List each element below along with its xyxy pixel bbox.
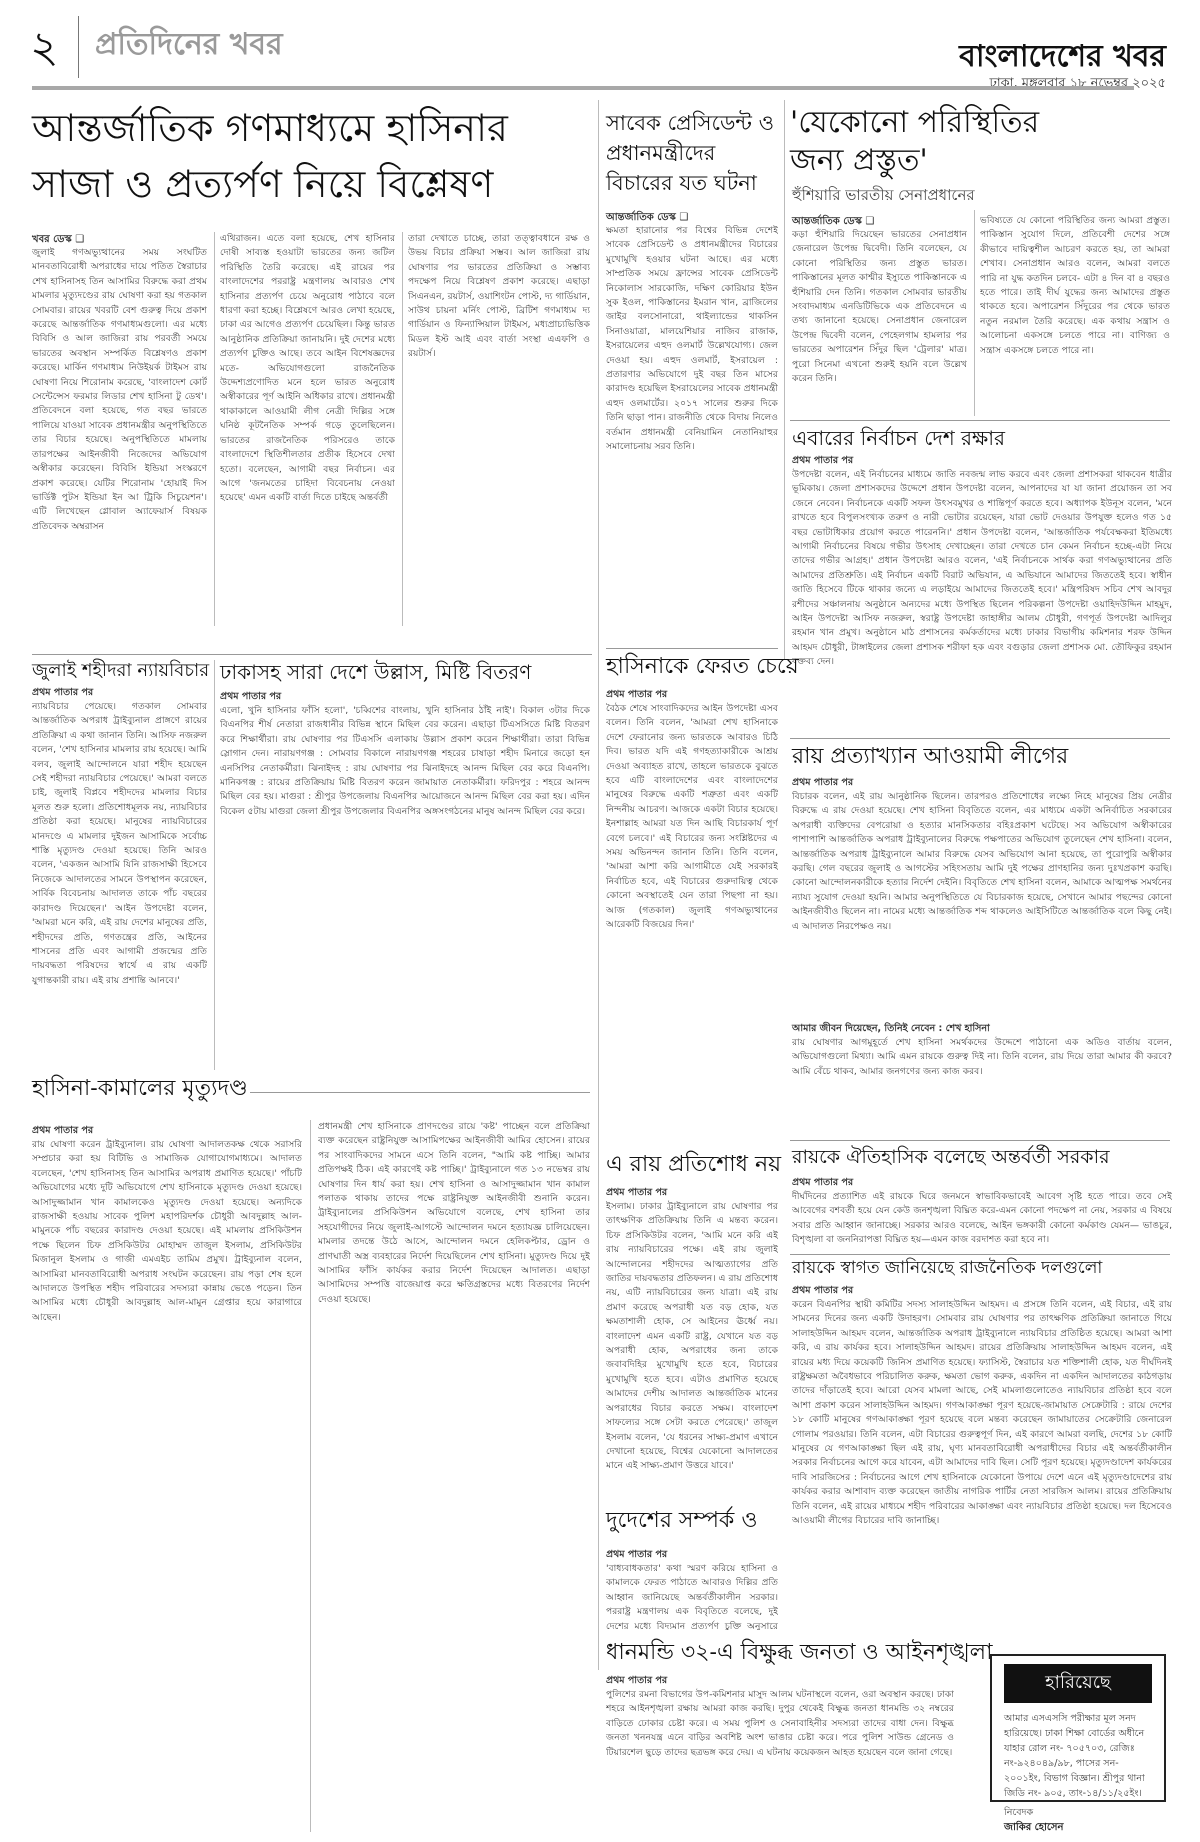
lead-headline-line1: আন্তর্জাতিক গণমাধ্যমে হাসিনার bbox=[32, 100, 592, 156]
lost-notice: হারিয়েছে আমার এসএসসি পরীক্ষার মূল সনদ হ… bbox=[990, 1654, 1166, 1802]
historic-headline: রায়কে ঐতিহাসিক বলেছে অন্তর্বর্তী সরকার bbox=[792, 1146, 1110, 1169]
section-rule bbox=[790, 1140, 1170, 1141]
india-army-subhead: হুঁশিয়ারি ভারতীয় সেনাপ্রধানের bbox=[792, 184, 975, 209]
column-divider bbox=[598, 100, 599, 1670]
ex-presidents-headline: সাবেক প্রেসিডেন্ট ও প্রধানমন্ত্রীদের বিচ… bbox=[606, 108, 776, 198]
lost-notice-title: হারিয়েছে bbox=[1004, 1664, 1152, 1703]
section-title: প্রতিদিনের খবর bbox=[95, 20, 283, 71]
awami-rejects-body: বিচারক বলেন, এই রায় আনুষ্ঠানিক ছিলেন। ত… bbox=[792, 790, 1172, 1020]
lost-notice-signer-label: নিবেদক bbox=[1004, 1805, 1152, 1820]
hasina-back-byline: প্রথম পাতার পর bbox=[606, 688, 667, 703]
india-army-headline-line1: 'যেকোনো পরিস্থিতির bbox=[790, 104, 1190, 142]
india-army-headline-line2: জন্য প্রস্তুত' bbox=[790, 142, 1190, 180]
election-headline: এবারের নির্বাচন দেশ রক্ষার bbox=[792, 426, 1005, 450]
issue-date: ঢাকা, মঙ্গলবার ১৮ নভেম্বর ২০২৫ bbox=[990, 74, 1166, 95]
lead-col1: জুলাই গণঅভ্যুত্থানের সময় সংঘটিত মানবতাব… bbox=[32, 246, 207, 626]
welcome-headline: রায়কে স্বাগত জানিয়েছে রাজনৈতিক দলগুলো bbox=[792, 1258, 1102, 1278]
section-rule bbox=[606, 648, 778, 649]
column-divider bbox=[214, 660, 215, 1070]
death-sentence-col2: প্রধানমন্ত্রী শেখ হাসিনাকে প্রাণদণ্ডের র… bbox=[318, 1120, 590, 1832]
not-revenge-body: ইসলাম। ঢাকার ট্রাইব্যুনালে রায় ঘোষণার প… bbox=[606, 1200, 778, 1500]
lead-headline: আন্তর্জাতিক গণমাধ্যমে হাসিনার সাজা ও প্র… bbox=[32, 100, 592, 212]
column-divider bbox=[310, 1120, 311, 1832]
awami-rejects-body2: রায় ঘোষণার আগমুহূর্তে শেখ হাসিনা সমর্থক… bbox=[792, 1036, 1172, 1136]
historic-body: দীর্ঘদিনের প্রত্যাশিত এই রায়কে ঘিরে জনম… bbox=[792, 1190, 1172, 1248]
celebration-headline: ঢাকাসহ সারা দেশে উল্লাস, মিষ্টি বিতরণ bbox=[220, 660, 531, 684]
india-army-col1: কড়া হুঁশিয়ারি দিয়েছেন ভারতের সেনাপ্রধ… bbox=[792, 228, 967, 416]
awami-rejects-subhead: আমার জীবন দিয়েছেন, তিনিই নেবেন : শেখ হা… bbox=[792, 1022, 990, 1037]
lead-col2: এথিরাজন। এতে বলা হয়েছে, শেখ হাসিনার দোষ… bbox=[220, 232, 395, 626]
column-divider bbox=[214, 232, 215, 626]
death-sentence-headline: হাসিনা-কামালের মৃত্যুদণ্ড bbox=[32, 1076, 248, 1102]
election-byline: প্রথম পাতার পর bbox=[792, 454, 853, 469]
lead-headline-line2: সাজা ও প্রত্যর্পণ নিয়ে বিশ্লেষণ bbox=[32, 156, 592, 212]
page-number: ২ bbox=[30, 14, 59, 87]
two-nations-byline: প্রথম পাতার পর bbox=[606, 1548, 667, 1563]
ex-presidents-body: ক্ষমতা হারানোর পর বিশ্বের বিভিন্ন দেশেই … bbox=[606, 224, 778, 634]
welcome-body: করেন বিএনপির স্থায়ী কমিটির সদস্য সালাহউ… bbox=[792, 1298, 1172, 1632]
dhanmondi-byline: প্রথম পাতার পর bbox=[606, 1674, 667, 1689]
july-martyrs-byline: প্রথম পাতার পর bbox=[32, 686, 93, 701]
election-body: উপদেষ্টা বলেন, এই নির্বাচনের মাধ্যমে জাত… bbox=[792, 468, 1172, 728]
hasina-back-body: বৈঠক শেষে সাংবাদিকদের আইন উপদেষ্টা এসব ব… bbox=[606, 702, 778, 1142]
lost-notice-signer: জাকির হোসেন bbox=[1004, 1820, 1152, 1837]
lost-notice-body: আমার এসএসসি পরীক্ষার মূল সনদ হারিয়েছে। … bbox=[1004, 1711, 1152, 1801]
celebration-byline: প্রথম পাতার পর bbox=[220, 690, 281, 705]
india-army-headline: 'যেকোনো পরিস্থিতির জন্য প্রস্তুত' bbox=[790, 104, 1190, 180]
death-sentence-col1: রায় ঘোষণা করেন ট্রাইব্যুনাল। রায় ঘোষণা… bbox=[32, 1138, 302, 1832]
dhanmondi-body: পুলিশের রমনা বিভাগের উপ-কমিশনার মাসুদ আল… bbox=[606, 1688, 954, 1828]
july-martyrs-headline: জুলাই শহীদরা ন্যায়বিচার bbox=[32, 660, 209, 682]
death-sentence-byline: প্রথম পাতার পর bbox=[32, 1124, 93, 1139]
india-army-col2: ভবিষ্যতে যে কোনো পরিস্থিতির জন্য আমরা প্… bbox=[980, 214, 1170, 416]
section-rule bbox=[790, 420, 1170, 421]
column-divider bbox=[784, 100, 785, 660]
july-martyrs-body: ন্যায়বিচার পেয়েছে। গতকাল সোমবার আন্তর্… bbox=[32, 700, 207, 1070]
historic-byline: প্রথম পাতার পর bbox=[792, 1176, 853, 1191]
section-rule bbox=[790, 1254, 1170, 1255]
celebration-body: এলো, খুনি হাসিনার ফাঁসি হলো', 'চব্বিশের … bbox=[220, 704, 590, 1070]
welcome-byline: প্রথম পাতার পর bbox=[792, 1284, 853, 1299]
section-rule bbox=[790, 738, 1170, 739]
two-nations-body: 'বাধ্যবাধকতার' কথা স্মরণ করিয়ে হাসিনা ও… bbox=[606, 1562, 778, 1630]
lead-col3: তারা দেখাতে চাচ্ছে, তারা তত্ত্বাবধানে রক… bbox=[408, 232, 590, 626]
not-revenge-byline: প্রথম পাতার পর bbox=[606, 1186, 667, 1201]
section-rule bbox=[32, 654, 592, 655]
dhanmondi-headline: ধানমন্ডি ৩২-এ বিক্ষুব্ধ জনতা ও আইনশৃঙ্খল… bbox=[606, 1640, 992, 1666]
hasina-back-headline: হাসিনাকে ফেরত চেয়ে bbox=[606, 654, 799, 680]
header-divider bbox=[78, 16, 79, 78]
awami-rejects-headline: রায় প্রত্যাখ্যান আওয়ামী লীগের bbox=[792, 744, 1068, 770]
two-nations-headline: দুদেশের সম্পর্ক ও bbox=[606, 1508, 758, 1534]
column-divider bbox=[402, 232, 403, 626]
not-revenge-headline: এ রায় প্রতিশোধ নয় bbox=[606, 1152, 781, 1178]
header-rule bbox=[32, 86, 1134, 90]
section-rule bbox=[250, 1092, 590, 1093]
awami-rejects-byline: প্রথম পাতার পর bbox=[792, 776, 853, 791]
column-divider bbox=[974, 210, 975, 416]
